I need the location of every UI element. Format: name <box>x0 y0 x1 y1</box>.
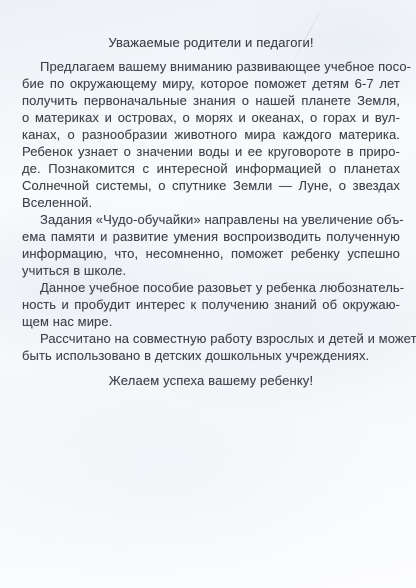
text-line: Солнечной системы, о спутнике Земли — Лу… <box>22 177 400 194</box>
text-line: щем нас мире. <box>22 313 400 330</box>
text-line: быть использовано в детских дошкольных у… <box>22 347 400 364</box>
text-line: Рассчитано на совместную работу взрослых… <box>22 330 400 347</box>
text-line: о материках и островах, о морях и океана… <box>22 109 400 126</box>
text-line: Вселенной. <box>22 194 400 211</box>
closing-line: Желаем успеха вашему ребенку! <box>22 372 400 389</box>
book-page: Уважаемые родители и педагоги! Предлагае… <box>0 0 416 389</box>
text-line: Данное учебное пособие разовьет у ребенк… <box>22 279 400 296</box>
text-line: бие по окружающему миру, которое поможет… <box>22 75 400 92</box>
text-line: де. Познакомится с интересной информацие… <box>22 160 400 177</box>
text-line: получить первоначальные знания о нашей п… <box>22 92 400 109</box>
paragraph: Предлагаем вашему вниманию развивающее у… <box>22 58 400 211</box>
text-line: канах, о разнообразии животного мира каж… <box>22 126 400 143</box>
paragraph: Данное учебное пособие разовьет у ребенк… <box>22 279 400 330</box>
text-line: Предлагаем вашему вниманию развивающее у… <box>22 58 400 75</box>
paragraph: Рассчитано на совместную работу взрослых… <box>22 330 400 364</box>
text-line: ность и пробудит интерес к получению зна… <box>22 296 400 313</box>
text-line: ема памяти и развитие умения воспроизвод… <box>22 228 400 245</box>
paragraph: Задания «Чудо-обучайки» направлены на ув… <box>22 211 400 279</box>
text-line: информацию, что, несомненно, поможет реб… <box>22 245 400 262</box>
text-line: учиться в школе. <box>22 262 400 279</box>
text-line: Ребенок узнает о значении воды и ее круг… <box>22 143 400 160</box>
text-line: Задания «Чудо-обучайки» направлены на ув… <box>22 211 400 228</box>
page-title: Уважаемые родители и педагоги! <box>22 34 400 51</box>
